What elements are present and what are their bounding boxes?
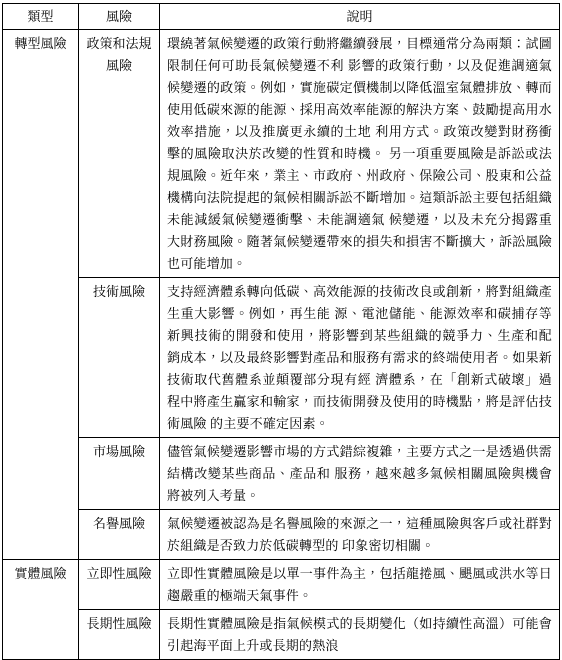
risk-type-transition: 轉型風險 [3,30,79,560]
risk-name-reputation: 名譽風險 [79,510,160,560]
risk-description-chronic: 長期性實體風險是指氣候模式的長期變化（如持續性高溫）可能會引起海平面上升或長期的… [160,610,560,660]
document-page: 類型 風險 說明 轉型風險 政策和法規風險 環繞著氣候變遷的政策行動將繼續發展，… [0,0,562,660]
table-row-policy-legal: 轉型風險 政策和法規風險 環繞著氣候變遷的政策行動將繼續發展，目標通常分為兩類：… [3,30,560,278]
column-header-description: 說明 [160,4,560,30]
column-header-risk: 風險 [79,4,160,30]
column-header-type: 類型 [3,4,79,30]
risk-type-physical: 實體風險 [3,560,79,660]
climate-risk-table: 類型 風險 說明 轉型風險 政策和法規風險 環繞著氣候變遷的政策行動將繼續發展，… [2,3,560,660]
risk-description-technology: 支持經濟體系轉向低碳、高效能源的技術改良或創新，將對組織產生重大影響。例如，再生… [160,278,560,438]
table-row-technology: 技術風險 支持經濟體系轉向低碳、高效能源的技術改良或創新，將對組織產生重大影響。… [3,278,560,438]
risk-description-market: 儘管氣候變遷影響市場的方式錯綜複雜，主要方式之一是透過供需結構改變某些商品、產品… [160,438,560,510]
risk-description-policy-legal: 環繞著氣候變遷的政策行動將繼續發展，目標通常分為兩類：試圖限制任何可助長氣候變遷… [160,30,560,278]
risk-name-technology: 技術風險 [79,278,160,438]
risk-name-chronic: 長期性風險 [79,610,160,660]
header-row: 類型 風險 說明 [3,4,560,30]
table-row-chronic: 長期性風險 長期性實體風險是指氣候模式的長期變化（如持續性高溫）可能會引起海平面… [3,610,560,660]
risk-description-reputation: 氣候變遷被認為是名譽風險的來源之一，這種風險與客戶或社群對於組織是否致力於低碳轉… [160,510,560,560]
table-row-acute: 實體風險 立即性風險 立即性實體風險是以單一事件為主，包括龍捲風、颶風或洪水等日… [3,560,560,610]
table-row-market: 市場風險 儘管氣候變遷影響市場的方式錯綜複雜，主要方式之一是透過供需結構改變某些… [3,438,560,510]
table-row-reputation: 名譽風險 氣候變遷被認為是名譽風險的來源之一，這種風險與客戶或社群對於組織是否致… [3,510,560,560]
risk-description-acute: 立即性實體風險是以單一事件為主，包括龍捲風、颶風或洪水等日趨嚴重的極端天氣事件。 [160,560,560,610]
risk-name-market: 市場風險 [79,438,160,510]
risk-name-acute: 立即性風險 [79,560,160,610]
risk-name-policy-legal: 政策和法規風險 [79,30,160,278]
